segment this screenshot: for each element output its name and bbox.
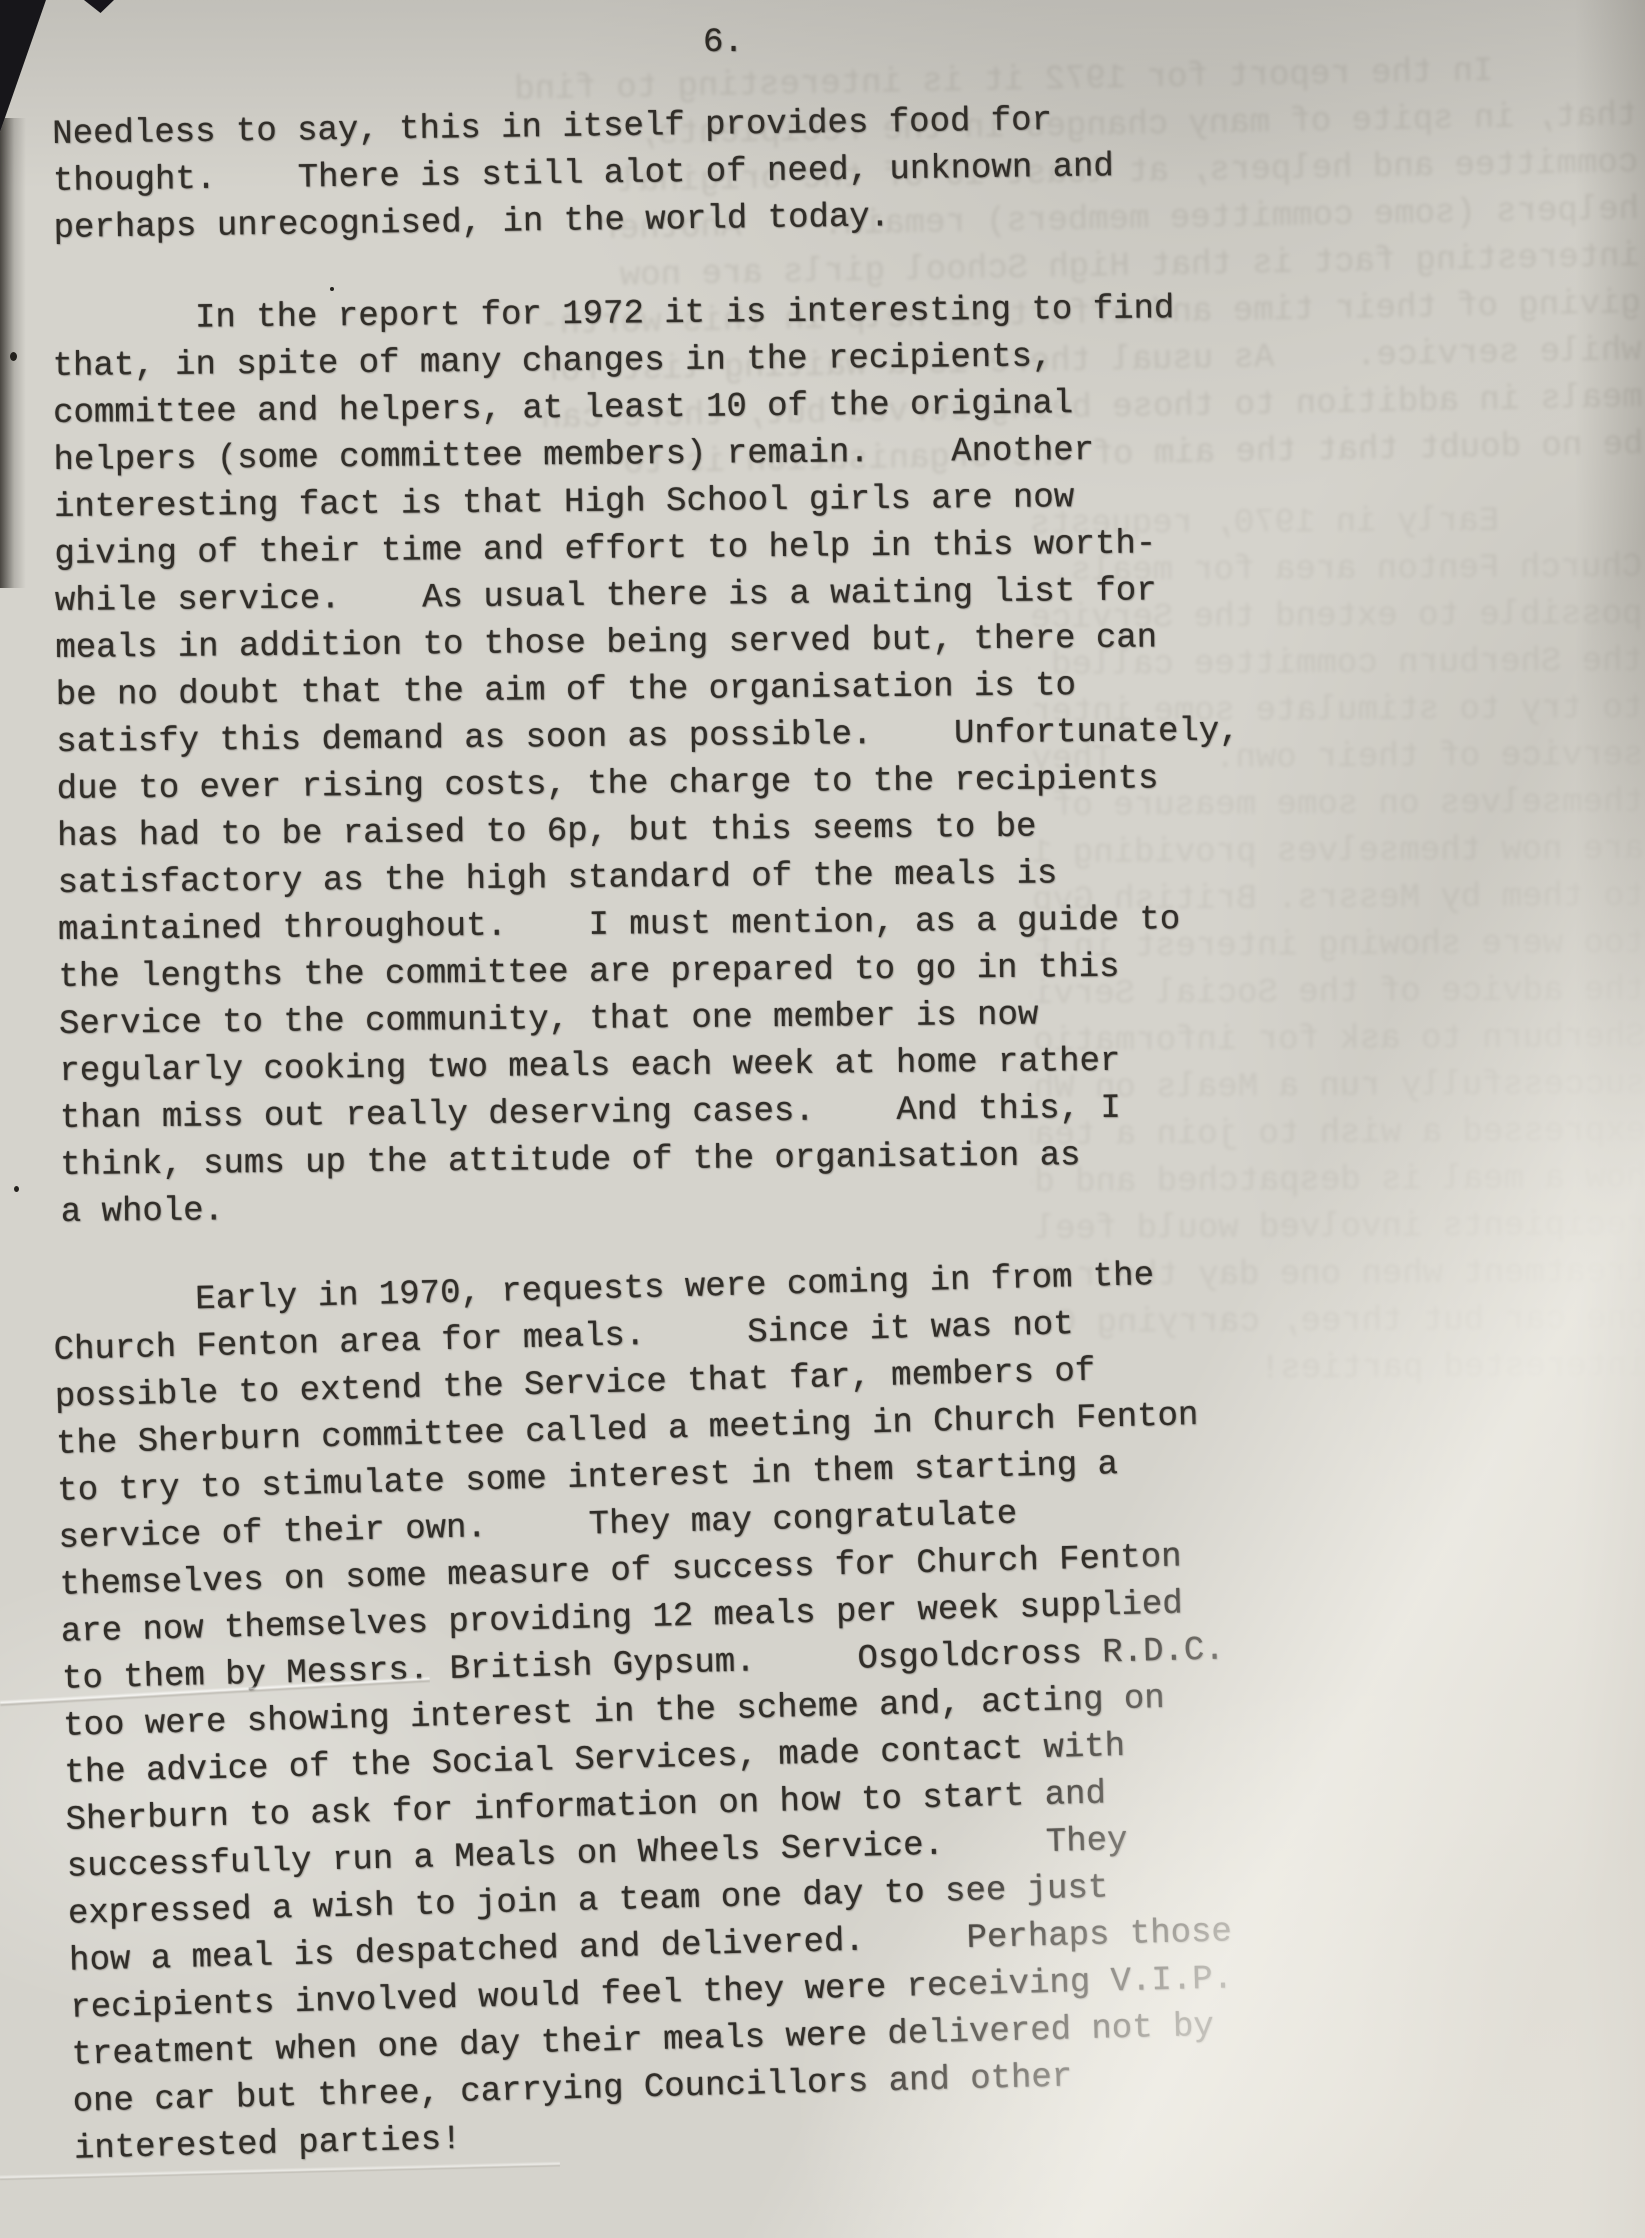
dust-speck <box>10 352 17 361</box>
dust-speck <box>14 1186 19 1192</box>
typed-text-block: Needless to say, this in itself provides… <box>52 112 1332 2218</box>
paragraph: Early in 1970, requests were coming in f… <box>52 1249 1354 2174</box>
dust-speck <box>330 287 334 291</box>
paragraph: Needless to say, this in itself provides… <box>52 94 1334 253</box>
paragraph: In the report for 1972 it is interesting… <box>52 285 1341 1237</box>
document-page: In the report for 1972 it is interesting… <box>0 0 1645 2238</box>
paper-edge-shadow <box>1575 0 1645 2238</box>
photo-background: { "document": { "page_number": "6.", "pa… <box>0 0 1645 2238</box>
page-number: 6. <box>703 24 744 62</box>
